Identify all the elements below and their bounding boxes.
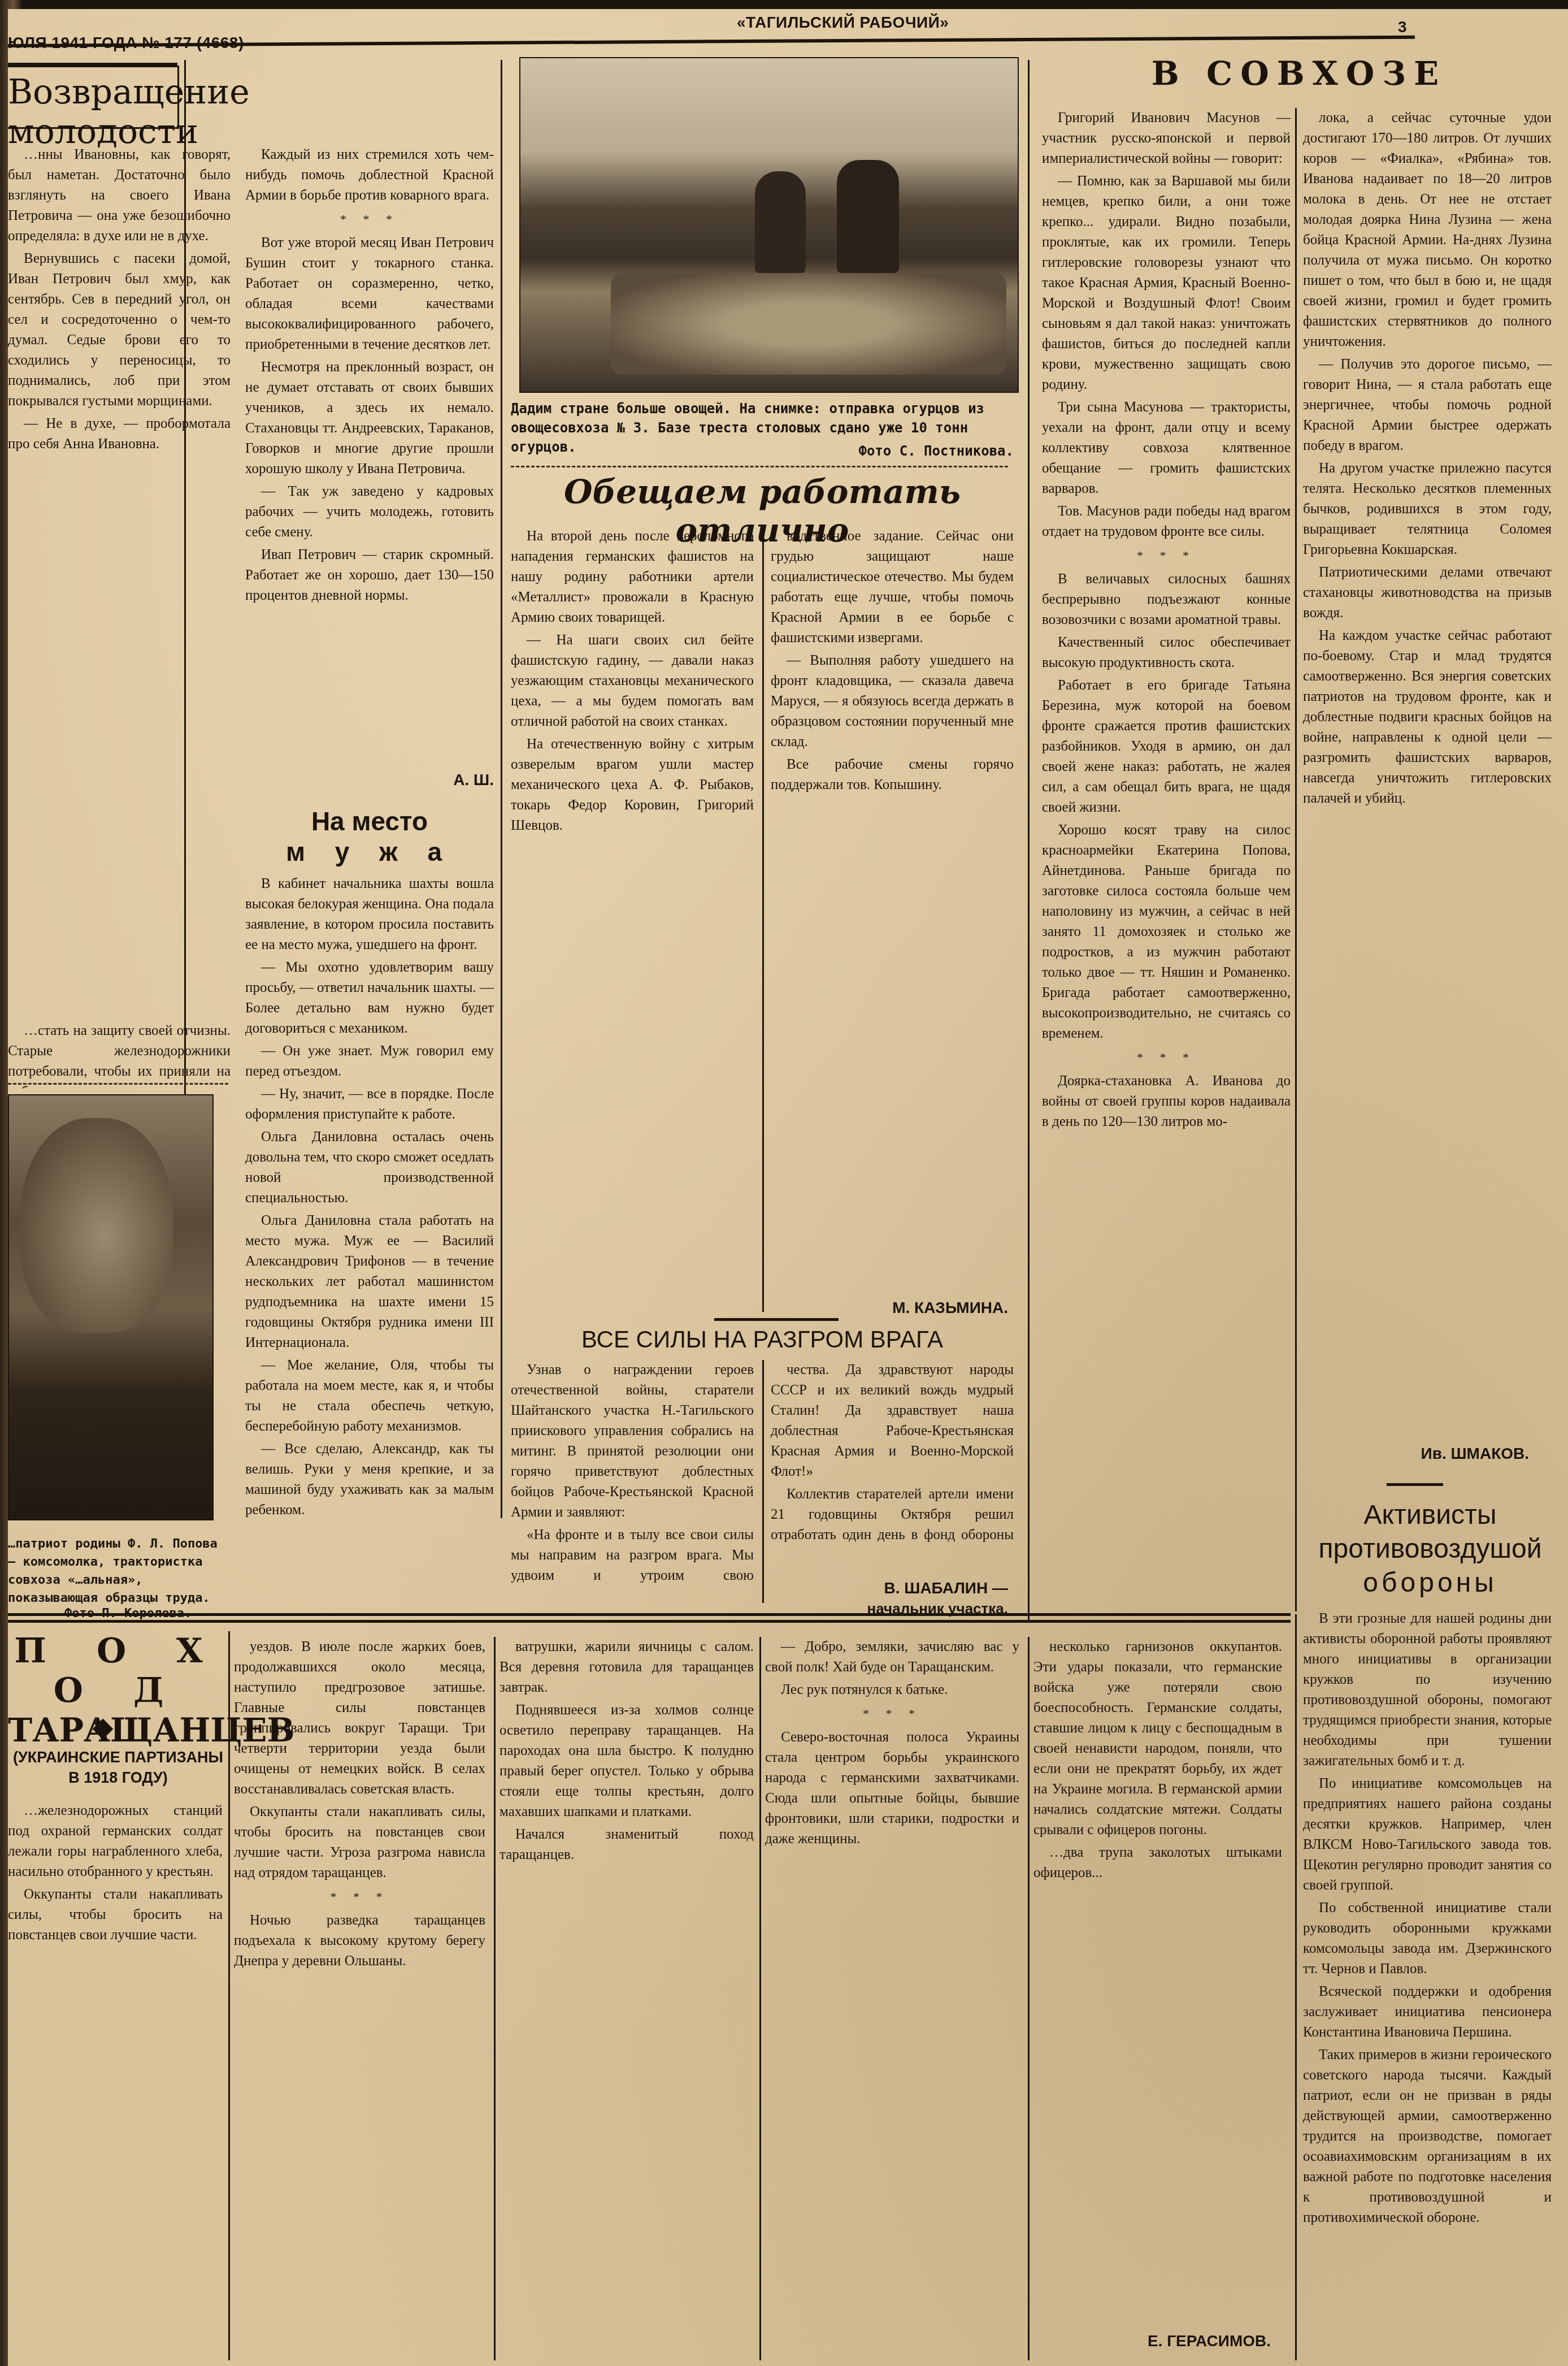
article-body-all-forces-col2: чества. Да здравствуют народы СССР и их …	[771, 1360, 1014, 1546]
paper-name: «ТАГИЛЬСКИЙ РАБОЧИЙ»	[737, 14, 949, 32]
paragraph: Поднявшееся из-за холмов солнце осветило…	[499, 1700, 754, 1822]
paragraph: Вот уже второй месяц Иван Петрович Бушин…	[245, 233, 494, 355]
article-body-air-defense: В эти грозные для нашей родины дни актив…	[1303, 1609, 1552, 2360]
column-divider	[759, 1637, 761, 2360]
column-divider	[494, 1637, 496, 2360]
paragraph: …стать на защиту своей отчизны. Старые ж…	[8, 1021, 231, 1089]
separator	[8, 1083, 228, 1087]
column-divider	[1295, 1614, 1297, 2360]
section-rule	[8, 1620, 1291, 1623]
column-divider	[1295, 108, 1297, 1611]
column-divider	[1028, 1637, 1030, 2360]
paragraph: — Выполняя работу ушедшего на фронт клад…	[771, 651, 1014, 752]
article-body-tarashcha-col1: …железнодорожных станций под охраной гер…	[8, 1801, 223, 2360]
paragraph: Узнав о награждении героев отечественной…	[511, 1360, 754, 1523]
paragraph: — Добро, земляки, зачисляю вас у свой по…	[765, 1637, 1019, 1678]
column-divider	[1028, 60, 1030, 1620]
signature-sovkhoz: Ив. ШМАКОВ.	[1303, 1445, 1529, 1463]
article-title-sovkhoz: В СОВХОЗЕ	[1042, 54, 1556, 93]
paragraph: …железнодорожных станций под охраной гер…	[8, 1801, 223, 1882]
cart-of-cucumbers	[611, 273, 1006, 375]
paragraph: По собственной инициативе стали руководи…	[1303, 1898, 1552, 1979]
article-body-sovkhoz-col2: лока, а сейчас суточные удои достигают 1…	[1303, 108, 1552, 1323]
section-stars: * * *	[245, 209, 494, 229]
paragraph: ватрушки, жарили яичницы с салом. Вся де…	[499, 1637, 754, 1698]
column-divider	[762, 526, 764, 1312]
subtitle-line: (УКРАИНСКИЕ ПАРТИЗАНЫ	[8, 1747, 228, 1767]
worker-figure	[837, 160, 899, 273]
column-divider	[762, 1360, 764, 1603]
article-body-tarashcha-col4: — Добро, земляки, зачисляю вас у свой по…	[765, 1637, 1019, 2360]
article-title-husband-place: На место м у ж а	[245, 806, 494, 867]
section-stars: * * *	[1042, 1047, 1291, 1068]
paragraph: водственное задание. Сейчас они грудью з…	[771, 526, 1014, 648]
paragraph: …два трупа заколотых штыками офицеров...	[1033, 1843, 1282, 1883]
page-number: 3	[1398, 18, 1407, 36]
paragraph: — Не в духе, — пробормотала про себя Анн…	[8, 414, 231, 454]
separator	[511, 466, 1008, 470]
title-line: Активисты	[1303, 1498, 1557, 1532]
paragraph: Ивап Петрович — старик скромный. Работае…	[245, 545, 494, 606]
paragraph: Три сына Масунова — трактористы, уехали …	[1042, 397, 1291, 499]
article-subtitle-tarashcha: (УКРАИНСКИЕ ПАРТИЗАНЫ В 1918 ГОДУ)	[8, 1747, 228, 1788]
paragraph: Лес рук потянулся к батьке.	[765, 1680, 1019, 1700]
paragraph: Григорий Иванович Масунов — участник рус…	[1042, 108, 1291, 169]
article-body-tarashcha-col5: несколько гарнизонов оккупантов. Эти уда…	[1033, 1637, 1282, 2332]
paragraph: Патриотическими делами отвечают стаханов…	[1303, 562, 1552, 623]
paragraph: — Мы охотно удовлетворим вашу просьбу, —…	[245, 957, 494, 1039]
paragraph: Всяческой поддержки и одобрения заслужив…	[1303, 1982, 1552, 2043]
portrait-face	[20, 1118, 173, 1333]
newspaper-page: ЮЛЯ 1941 ГОДА № 177 (4668) «ТАГИЛЬСКИЙ Р…	[8, 9, 1568, 2366]
title-line: ТАРАЩАНЦЕВ	[8, 1710, 228, 1750]
paragraph: Коллектив старателей артели имени 21 год…	[771, 1484, 1014, 1546]
title-line: П О Х О Д	[8, 1631, 228, 1710]
title-line: м у ж а	[245, 837, 494, 867]
signature-promise: М. КАЗЬМИНА.	[771, 1299, 1008, 1317]
paragraph: Ольга Даниловна стала работать на место …	[245, 1211, 494, 1353]
paragraph: Начался знаменитый поход таращанцев.	[499, 1825, 754, 1865]
paragraph: В величавых силосных башнях беспрерывно …	[1042, 569, 1291, 630]
paragraph: чества. Да здравствуют народы СССР и их …	[771, 1360, 1014, 1482]
paragraph: — На шаги своих сил бейте фашистскую гад…	[511, 630, 754, 732]
portrait-caption: …патриот родины Ф. Л. Попова — комсомолк…	[8, 1535, 228, 1607]
column-divider	[501, 60, 502, 1518]
paragraph: несколько гарнизонов оккупантов. Эти уда…	[1033, 1637, 1282, 1840]
article-body-return-col1: …нны Ивановны, как говорят, был наметан.…	[8, 145, 231, 1015]
paragraph: На каждом участке сейчас работают по-бое…	[1303, 626, 1552, 809]
paragraph: — Получив это дорогое письмо, — говорит …	[1303, 354, 1552, 456]
separator	[1387, 1483, 1443, 1486]
paragraph: Все рабочие смены горячо поддержали тов.…	[771, 755, 1014, 795]
signature-name: В. ШАБАЛИН —	[771, 1579, 1008, 1597]
paragraph: На второй день после вероломного нападен…	[511, 526, 754, 628]
subtitle-line: В 1918 ГОДУ)	[8, 1767, 228, 1788]
article-body-return-col1-end: …стать на защиту своей отчизны. Старые ж…	[8, 1021, 231, 1089]
paragraph: «На фронте и в тылу все свои силы мы нап…	[511, 1525, 754, 1586]
paragraph: На другом участке прилежно пасутся телят…	[1303, 458, 1552, 560]
article-body-husband-place: В кабинет начальника шахты вошла высокая…	[245, 874, 494, 1518]
separator	[714, 1318, 839, 1321]
cucumber-harvest-photo	[519, 57, 1019, 393]
paragraph: — Так уж заведено у кадровых рабочих — у…	[245, 482, 494, 543]
paragraph: лока, а сейчас суточные удои достигают 1…	[1303, 108, 1552, 352]
portrait-photo	[8, 1094, 214, 1520]
paragraph: Работает в его бригаде Татьяна Березина,…	[1042, 675, 1291, 818]
paragraph: Оккупанты стали накапливать силы, чтобы …	[8, 1884, 223, 1945]
paragraph: Оккупанты стали накапливать силы, чтобы …	[234, 1802, 485, 1883]
title-line: обороны	[1303, 1566, 1557, 1600]
paragraph: …нны Ивановны, как говорят, был наметан.…	[8, 145, 231, 246]
signature-tarashcha: Е. ГЕРАСИМОВ.	[1033, 2332, 1271, 2350]
paragraph: Ночью разведка таращанцев подъехала к вы…	[234, 1910, 485, 1971]
paragraph: уездов. В июле после жарких боев, продол…	[234, 1637, 485, 1800]
article-body-sovkhoz-col1: Григорий Иванович Масунов — участник рус…	[1042, 108, 1291, 1606]
section-stars: * * *	[765, 1704, 1019, 1724]
photo-credit: Фото С. Постникова.	[686, 441, 1014, 461]
paragraph: Таких примеров в жизни героического сове…	[1303, 2045, 1552, 2228]
paragraph: В эти грозные для нашей родины дни актив…	[1303, 1609, 1552, 1771]
article-title-tarashcha: П О Х О Д ТАРАЩАНЦЕВ	[8, 1631, 228, 1750]
article-body-promise-col2: водственное задание. Сейчас они грудью з…	[771, 526, 1014, 1295]
paragraph: Несмотря на преклонный возраст, он не ду…	[245, 357, 494, 479]
title-line: На место	[245, 806, 494, 837]
section-stars: * * *	[1042, 545, 1291, 566]
article-title-all-forces: ВСЕ СИЛЫ НА РАЗГРОМ ВРАГА	[511, 1326, 1014, 1353]
paragraph: — Все сделаю, Александр, как ты велишь. …	[245, 1439, 494, 1518]
paragraph: — Мое желание, Оля, чтобы ты работала на…	[245, 1355, 494, 1437]
paragraph: Тов. Масунов ради победы над врагом отда…	[1042, 501, 1291, 542]
paragraph: На отечественную войну с хитрым озверелы…	[511, 734, 754, 836]
paragraph: Хорошо косят траву на силос красноармейк…	[1042, 820, 1291, 1044]
paragraph: По инициативе комсомольцев на предприяти…	[1303, 1774, 1552, 1896]
paragraph: Северо-восточная полоса Украины стала це…	[765, 1727, 1019, 1849]
worker-figure	[755, 171, 806, 273]
signature-return: А. Ш.	[245, 771, 494, 789]
article-title-air-defense: Активисты противовоздушой обороны	[1303, 1498, 1557, 1600]
article-body-return-col2: Каждый из них стремился хоть чем-нибудь …	[245, 145, 494, 772]
paragraph: Качественный силос обеспечивает высокую …	[1042, 632, 1291, 673]
article-body-tarashcha-col3: ватрушки, жарили яичницы с салом. Вся де…	[499, 1637, 754, 2360]
paragraph: — Ну, значит, — все в порядке. После офо…	[245, 1084, 494, 1125]
column-divider	[228, 1631, 230, 2360]
section-rule	[8, 1613, 1291, 1616]
article-title-return-of-youth: Возвращение молодости	[8, 72, 177, 151]
paragraph: Доярка-стахановка А. Иванова до войны от…	[1042, 1071, 1291, 1132]
paragraph: Каждый из них стремился хоть чем-нибудь …	[245, 145, 494, 206]
article-body-all-forces-col1: Узнав о награждении героев отечественной…	[511, 1360, 754, 1586]
paragraph: — Помню, как за Варшавой мы били немцев,…	[1042, 171, 1291, 395]
article-body-tarashcha-col2: уездов. В июле после жарких боев, продол…	[234, 1637, 485, 2360]
section-stars: * * *	[234, 1887, 485, 1907]
title-line: противовоздушой	[1303, 1532, 1557, 1566]
article-body-promise-col1: На второй день после вероломного нападен…	[511, 526, 754, 1312]
paragraph: — Он уже знает. Муж говорил ему перед от…	[245, 1041, 494, 1082]
paragraph: Вернувшись с пасеки домой, Иван Петрович…	[8, 249, 231, 411]
paragraph: Ольга Даниловна осталась очень довольна …	[245, 1127, 494, 1208]
paragraph: В кабинет начальника шахты вошла высокая…	[245, 874, 494, 955]
